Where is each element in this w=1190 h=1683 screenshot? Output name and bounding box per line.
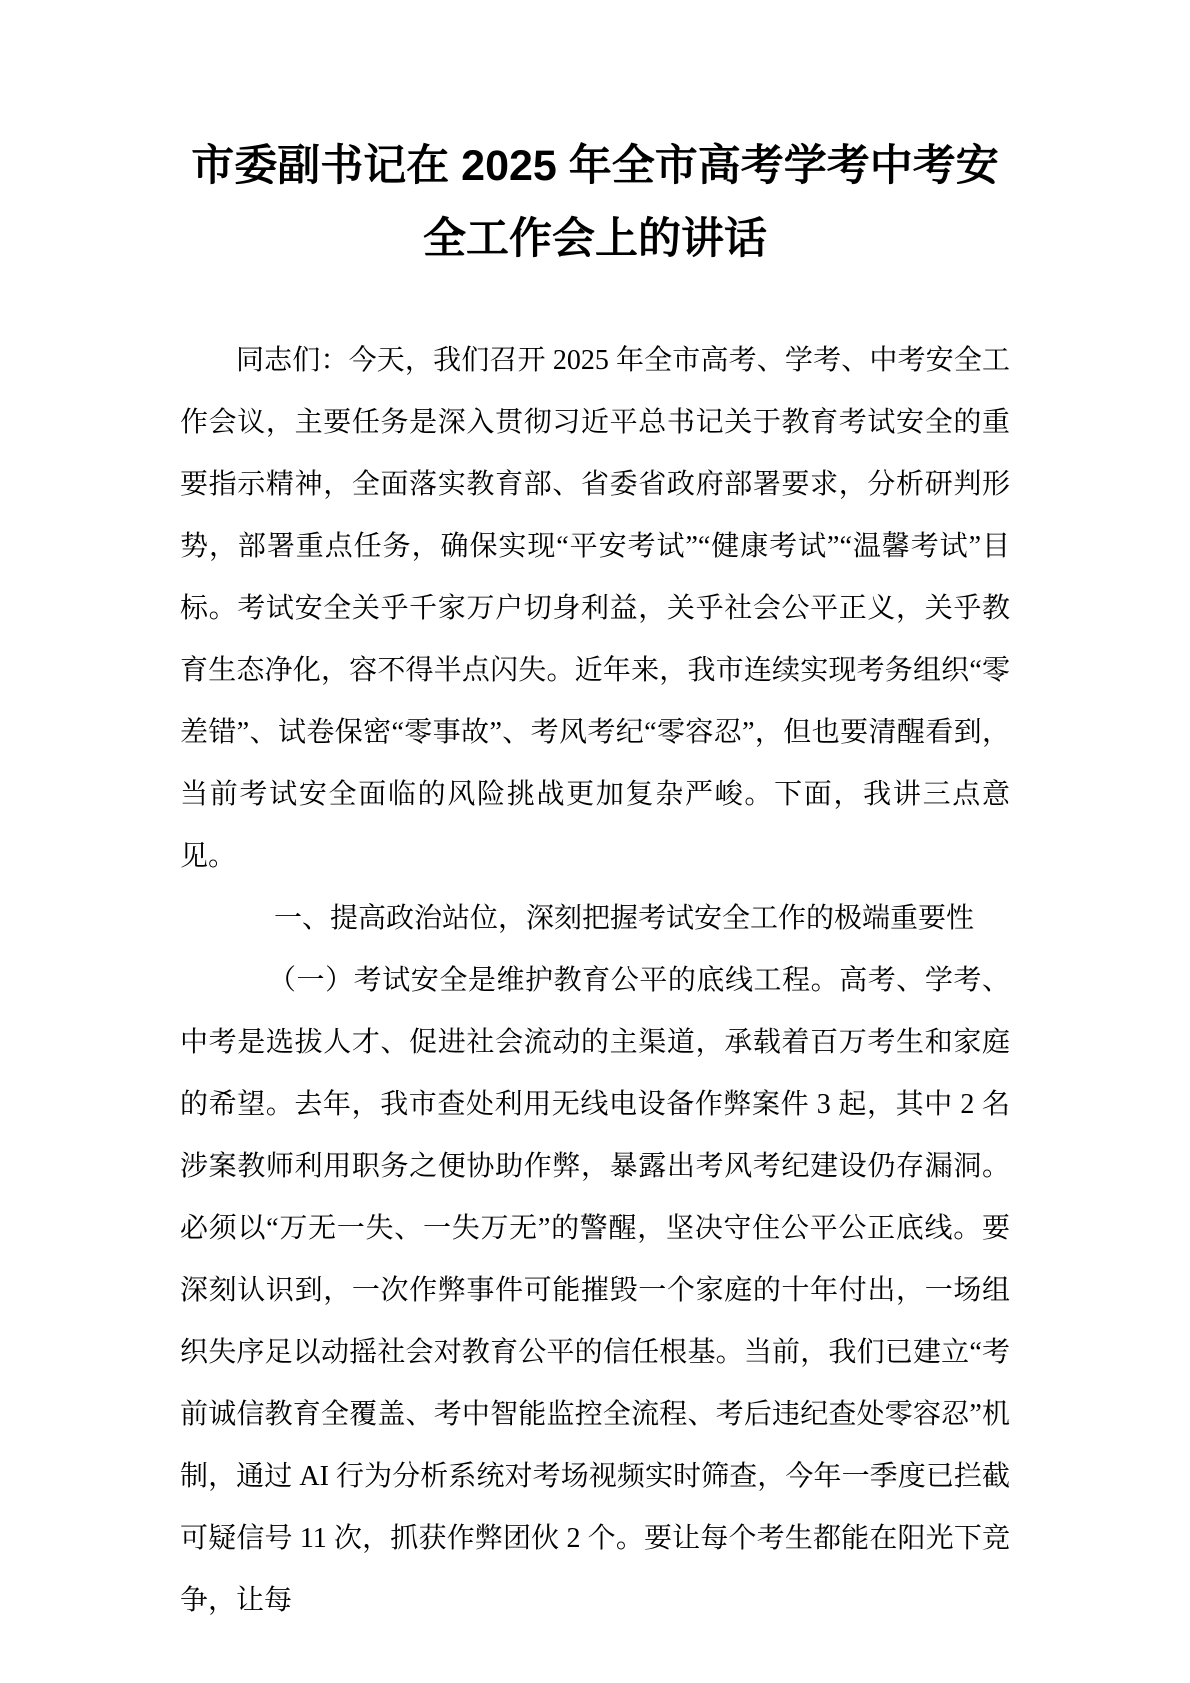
- document-body: 同志们：今天，我们召开 2025 年全市高考、学考、中考安全工作会议，主要任务是…: [180, 330, 1010, 1632]
- paragraph: 同志们：今天，我们召开 2025 年全市高考、学考、中考安全工作会议，主要任务是…: [180, 330, 1010, 888]
- document-title: 市委副书记在 2025 年全市高考学考中考安全工作会上的讲话: [170, 0, 1020, 276]
- document-page: 市委副书记在 2025 年全市高考学考中考安全工作会上的讲话 同志们：今天，我们…: [0, 0, 1190, 1683]
- paragraph: （一）考试安全是维护教育公平的底线工程。高考、学考、中考是选拔人才、促进社会流动…: [180, 950, 1010, 1632]
- section-heading: 一、提高政治站位，深刻把握考试安全工作的极端重要性: [180, 888, 1010, 950]
